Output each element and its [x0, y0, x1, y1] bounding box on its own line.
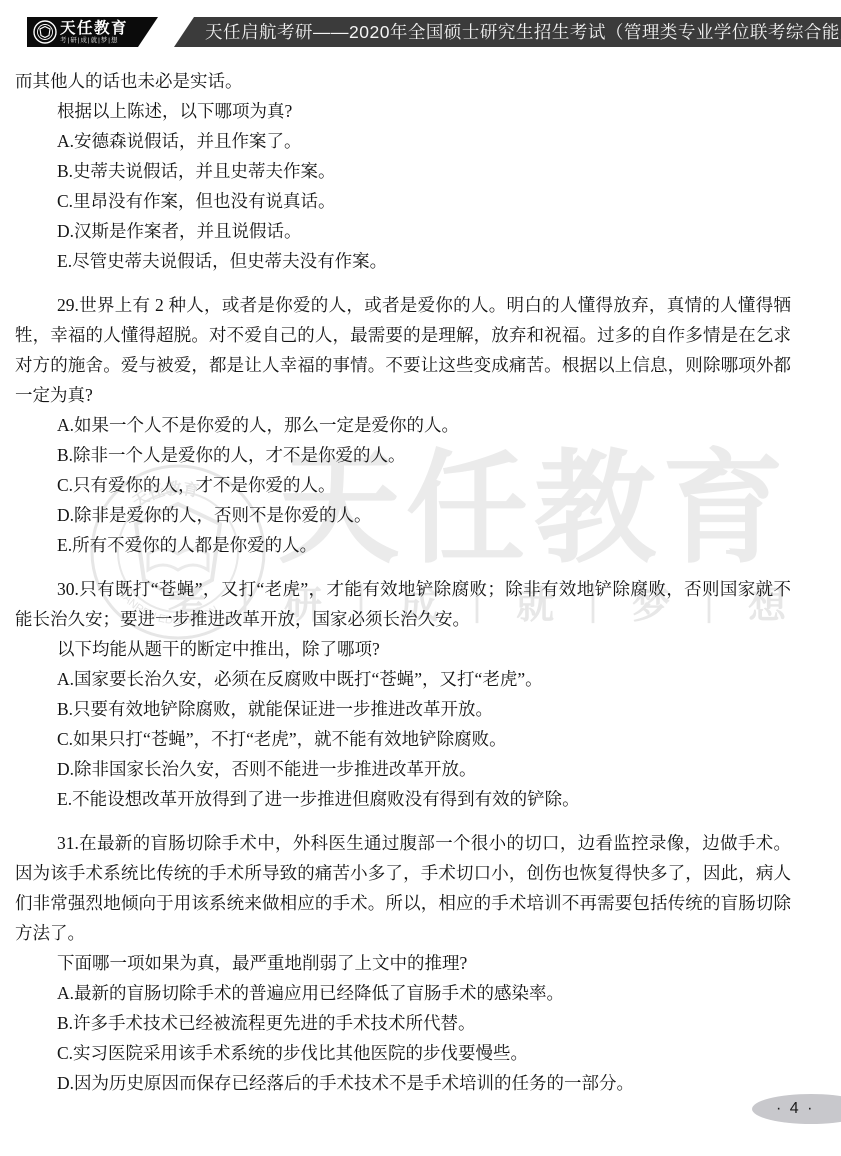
question-30-option-a: A.国家要长治久安，必须在反腐败中既打“苍蝇”，又打“老虎”。 — [15, 664, 791, 694]
question-28-option-b: B.史蒂夫说假话，并且史蒂夫作案。 — [15, 156, 791, 186]
question-28-option-d: D.汉斯是作案者，并且说假话。 — [15, 216, 791, 246]
question-30-stem: 30.只有既打“苍蝇”，又打“老虎”，才能有效地铲除腐败；除非有效地铲除腐败，否… — [15, 574, 791, 634]
question-29-stem: 29.世界上有 2 种人，或者是你爱的人，或者是爱你的人。明白的人懂得放弃，真情… — [15, 290, 791, 410]
question-30-option-c: C.如果只打“苍蝇”，不打“老虎”，就不能有效地铲除腐败。 — [15, 724, 791, 754]
brand-logo: 天任教育 考|研|成|就|梦|想 — [27, 17, 187, 47]
page-number: · 4 · — [752, 1100, 814, 1118]
question-29-option-a: A.如果一个人不是你爱的人，那么一定是爱你的人。 — [15, 410, 791, 440]
question-30-option-d: D.除非国家长治久安，否则不能进一步推进改革开放。 — [15, 754, 791, 784]
question-30-option-b: B.只要有效地铲除腐败，就能保证进一步推进改革开放。 — [15, 694, 791, 724]
question-29: 29.世界上有 2 种人，或者是你爱的人，或者是爱你的人。明白的人懂得放弃，真情… — [15, 290, 791, 560]
question-28-continuation: 而其他人的话也未必是实话。 — [15, 66, 791, 96]
exam-content: 而其他人的话也未必是实话。 根据以上陈述，以下哪项为真? A.安德森说假话，并且… — [15, 66, 791, 1098]
question-28-option-e: E.尽管史蒂夫说假话，但史蒂夫没有作案。 — [15, 246, 791, 276]
page-number-badge: · 4 · — [752, 1094, 841, 1124]
question-29-option-b: B.除非一个人是爱你的人，才不是你爱的人。 — [15, 440, 791, 470]
question-30: 30.只有既打“苍蝇”，又打“老虎”，才能有效地铲除腐败；除非有效地铲除腐败，否… — [15, 574, 791, 814]
question-31-option-a: A.最新的盲肠切除手术的普遍应用已经降低了盲肠手术的感染率。 — [15, 978, 791, 1008]
question-29-option-e: E.所有不爱你的人都是你爱的人。 — [15, 530, 791, 560]
brand-emblem-icon — [33, 20, 57, 44]
question-28-option-c: C.里昂没有作案，但也没有说真话。 — [15, 186, 791, 216]
question-29-option-d: D.除非是爱你的人，否则不是你爱的人。 — [15, 500, 791, 530]
question-31-stem: 31.在最新的盲肠切除手术中，外科医生通过腹部一个很小的切口，边看监控录像，边做… — [15, 828, 791, 948]
question-28-prompt: 根据以上陈述，以下哪项为真? — [15, 96, 791, 126]
header-title-bar: 天任启航考研——2020年全国硕士研究生招生考试（管理类专业学位联考综合能力）模… — [140, 17, 841, 47]
question-31-option-b: B.许多手术技术已经被流程更先进的手术技术所代替。 — [15, 1008, 791, 1038]
question-28-option-a: A.安德森说假话，并且作案了。 — [15, 126, 791, 156]
brand-slogan: 考|研|成|就|梦|想 — [60, 37, 128, 45]
brand-name: 天任教育 — [60, 20, 128, 37]
question-31-option-c: C.实习医院采用该手术系统的步伐比其他医院的步伐要慢些。 — [15, 1038, 791, 1068]
question-31-prompt: 下面哪一项如果为真，最严重地削弱了上文中的推理? — [15, 948, 791, 978]
question-29-option-c: C.只有爱你的人，才不是你爱的人。 — [15, 470, 791, 500]
question-30-option-e: E.不能设想改革开放得到了进一步推进但腐败没有得到有效的铲除。 — [15, 784, 791, 814]
header-title: 天任启航考研——2020年全国硕士研究生招生考试（管理类专业学位联考综合能力）模… — [140, 17, 841, 47]
question-30-prompt: 以下均能从题干的断定中推出，除了哪项? — [15, 634, 791, 664]
question-31: 31.在最新的盲肠切除手术中，外科医生通过腹部一个很小的切口，边看监控录像，边做… — [15, 828, 791, 1098]
question-31-option-d: D.因为历史原因而保存已经落后的手术技术不是手术培训的任务的一部分。 — [15, 1068, 791, 1098]
page-header: 天任启航考研——2020年全国硕士研究生招生考试（管理类专业学位联考综合能力）模… — [27, 17, 841, 47]
